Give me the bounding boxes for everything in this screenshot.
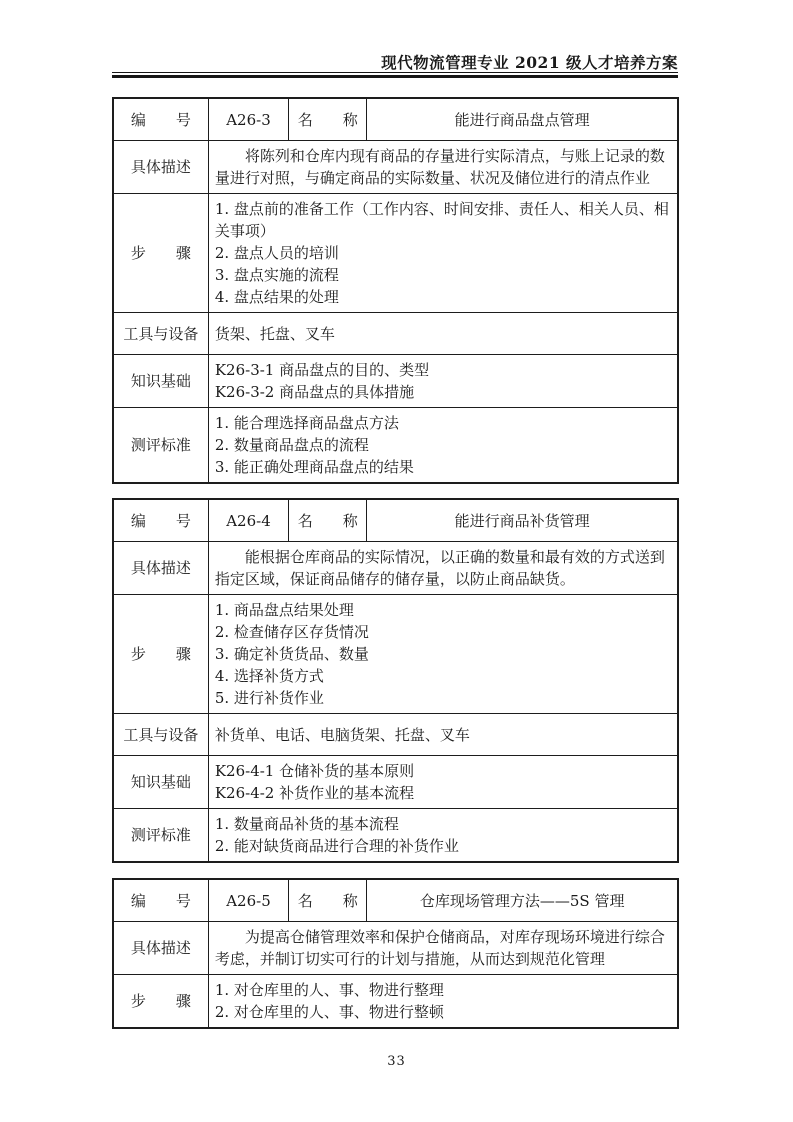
description-label: 具体描述 xyxy=(113,542,208,595)
code-value: A26-5 xyxy=(208,879,288,922)
tools-value: 补货单、电话、电脑货架、托盘、叉车 xyxy=(208,714,678,756)
table-row-steps: 步 骤 1. 对仓库里的人、事、物进行整理 2. 对仓库里的人、事、物进行整顿 xyxy=(113,975,678,1029)
table-row-knowledge: 知识基础 K26-3-1 商品盘点的目的、类型 K26-3-2 商品盘点的具体措… xyxy=(113,355,678,408)
criteria-item: 2. 能对缺货商品进行合理的补货作业 xyxy=(215,835,671,857)
table-row-knowledge: 知识基础 K26-4-1 仓储补货的基本原则 K26-4-2 补货作业的基本流程 xyxy=(113,756,678,809)
task-table-a26-3: 编 号 A26-3 名 称 能进行商品盘点管理 具体描述 将陈列和仓库内现有商品… xyxy=(112,97,679,484)
knowledge-label: 知识基础 xyxy=(113,756,208,809)
criteria-label: 测评标准 xyxy=(113,809,208,863)
step-item: 4. 选择补货方式 xyxy=(215,665,671,687)
steps-value: 1. 对仓库里的人、事、物进行整理 2. 对仓库里的人、事、物进行整顿 xyxy=(208,975,678,1029)
description-value: 能根据仓库商品的实际情况，以正确的数量和最有效的方式送到指定区域，保证商品储存的… xyxy=(208,542,678,595)
description-value: 将陈列和仓库内现有商品的存量进行实际清点，与账上记录的数量进行对照，与确定商品的… xyxy=(208,141,678,194)
name-value: 能进行商品盘点管理 xyxy=(367,98,678,141)
task-table-a26-5: 编 号 A26-5 名 称 仓库现场管理方法——5S 管理 具体描述 为提高仓储… xyxy=(112,878,679,1029)
name-value: 仓库现场管理方法——5S 管理 xyxy=(367,879,678,922)
tools-label: 工具与设备 xyxy=(113,714,208,756)
code-label: 编 号 xyxy=(113,879,208,922)
step-item: 2. 盘点人员的培训 xyxy=(215,242,671,264)
step-item: 4. 盘点结果的处理 xyxy=(215,286,671,308)
knowledge-value: K26-3-1 商品盘点的目的、类型 K26-3-2 商品盘点的具体措施 xyxy=(208,355,678,408)
table-row-code: 编 号 A26-5 名 称 仓库现场管理方法——5S 管理 xyxy=(113,879,678,922)
table-row-tools: 工具与设备 补货单、电话、电脑货架、托盘、叉车 xyxy=(113,714,678,756)
description-value: 为提高仓储管理效率和保护仓储商品，对库存现场环境进行综合考虑，并制订切实可行的计… xyxy=(208,922,678,975)
criteria-item: 3. 能正确处理商品盘点的结果 xyxy=(215,456,671,478)
knowledge-item: K26-4-1 仓储补货的基本原则 xyxy=(215,760,671,782)
steps-value: 1. 商品盘点结果处理 2. 检查储存区存货情况 3. 确定补货货品、数量 4.… xyxy=(208,595,678,714)
criteria-item: 2. 数量商品盘点的流程 xyxy=(215,434,671,456)
steps-label: 步 骤 xyxy=(113,595,208,714)
table-row-steps: 步 骤 1. 盘点前的准备工作（工作内容、时间安排、责任人、相关人员、相关事项）… xyxy=(113,194,678,313)
knowledge-value: K26-4-1 仓储补货的基本原则 K26-4-2 补货作业的基本流程 xyxy=(208,756,678,809)
criteria-item: 1. 数量商品补货的基本流程 xyxy=(215,813,671,835)
table-row-steps: 步 骤 1. 商品盘点结果处理 2. 检查储存区存货情况 3. 确定补货货品、数… xyxy=(113,595,678,714)
page-number: 33 xyxy=(0,1054,793,1069)
table-row-description: 具体描述 能根据仓库商品的实际情况，以正确的数量和最有效的方式送到指定区域，保证… xyxy=(113,542,678,595)
step-item: 2. 检查储存区存货情况 xyxy=(215,621,671,643)
table-row-code: 编 号 A26-3 名 称 能进行商品盘点管理 xyxy=(113,98,678,141)
step-item: 1. 对仓库里的人、事、物进行整理 xyxy=(215,979,671,1001)
steps-value: 1. 盘点前的准备工作（工作内容、时间安排、责任人、相关人员、相关事项） 2. … xyxy=(208,194,678,313)
knowledge-label: 知识基础 xyxy=(113,355,208,408)
table-row-code: 编 号 A26-4 名 称 能进行商品补货管理 xyxy=(113,499,678,542)
table-row-criteria: 测评标准 1. 能合理选择商品盘点方法 2. 数量商品盘点的流程 3. 能正确处… xyxy=(113,408,678,484)
name-label: 名 称 xyxy=(289,499,367,542)
steps-label: 步 骤 xyxy=(113,194,208,313)
step-item: 1. 盘点前的准备工作（工作内容、时间安排、责任人、相关人员、相关事项） xyxy=(215,198,671,242)
task-table-a26-4: 编 号 A26-4 名 称 能进行商品补货管理 具体描述 能根据仓库商品的实际情… xyxy=(112,498,679,863)
document-page: 现代物流管理专业 2021 级人才培养方案 编 号 A26-3 名 称 能进行商… xyxy=(0,0,793,1122)
knowledge-item: K26-3-1 商品盘点的目的、类型 xyxy=(215,359,671,381)
tools-value: 货架、托盘、叉车 xyxy=(208,313,678,355)
header-rule xyxy=(112,72,678,78)
knowledge-item: K26-4-2 补货作业的基本流程 xyxy=(215,782,671,804)
table-row-description: 具体描述 将陈列和仓库内现有商品的存量进行实际清点，与账上记录的数量进行对照，与… xyxy=(113,141,678,194)
criteria-value: 1. 能合理选择商品盘点方法 2. 数量商品盘点的流程 3. 能正确处理商品盘点… xyxy=(208,408,678,484)
step-item: 2. 对仓库里的人、事、物进行整顿 xyxy=(215,1001,671,1023)
table-row-tools: 工具与设备 货架、托盘、叉车 xyxy=(113,313,678,355)
table-row-description: 具体描述 为提高仓储管理效率和保护仓储商品，对库存现场环境进行综合考虑，并制订切… xyxy=(113,922,678,975)
criteria-item: 1. 能合理选择商品盘点方法 xyxy=(215,412,671,434)
code-label: 编 号 xyxy=(113,499,208,542)
name-label: 名 称 xyxy=(289,879,367,922)
tools-label: 工具与设备 xyxy=(113,313,208,355)
page-header-title: 现代物流管理专业 2021 级人才培养方案 xyxy=(112,51,678,73)
knowledge-item: K26-3-2 商品盘点的具体措施 xyxy=(215,381,671,403)
table-row-criteria: 测评标准 1. 数量商品补货的基本流程 2. 能对缺货商品进行合理的补货作业 xyxy=(113,809,678,863)
step-item: 3. 盘点实施的流程 xyxy=(215,264,671,286)
name-label: 名 称 xyxy=(289,98,367,141)
step-item: 1. 商品盘点结果处理 xyxy=(215,599,671,621)
description-label: 具体描述 xyxy=(113,922,208,975)
description-label: 具体描述 xyxy=(113,141,208,194)
steps-label: 步 骤 xyxy=(113,975,208,1029)
step-item: 3. 确定补货货品、数量 xyxy=(215,643,671,665)
criteria-label: 测评标准 xyxy=(113,408,208,484)
step-item: 5. 进行补货作业 xyxy=(215,687,671,709)
code-value: A26-3 xyxy=(208,98,288,141)
code-label: 编 号 xyxy=(113,98,208,141)
name-value: 能进行商品补货管理 xyxy=(367,499,678,542)
criteria-value: 1. 数量商品补货的基本流程 2. 能对缺货商品进行合理的补货作业 xyxy=(208,809,678,863)
code-value: A26-4 xyxy=(208,499,288,542)
